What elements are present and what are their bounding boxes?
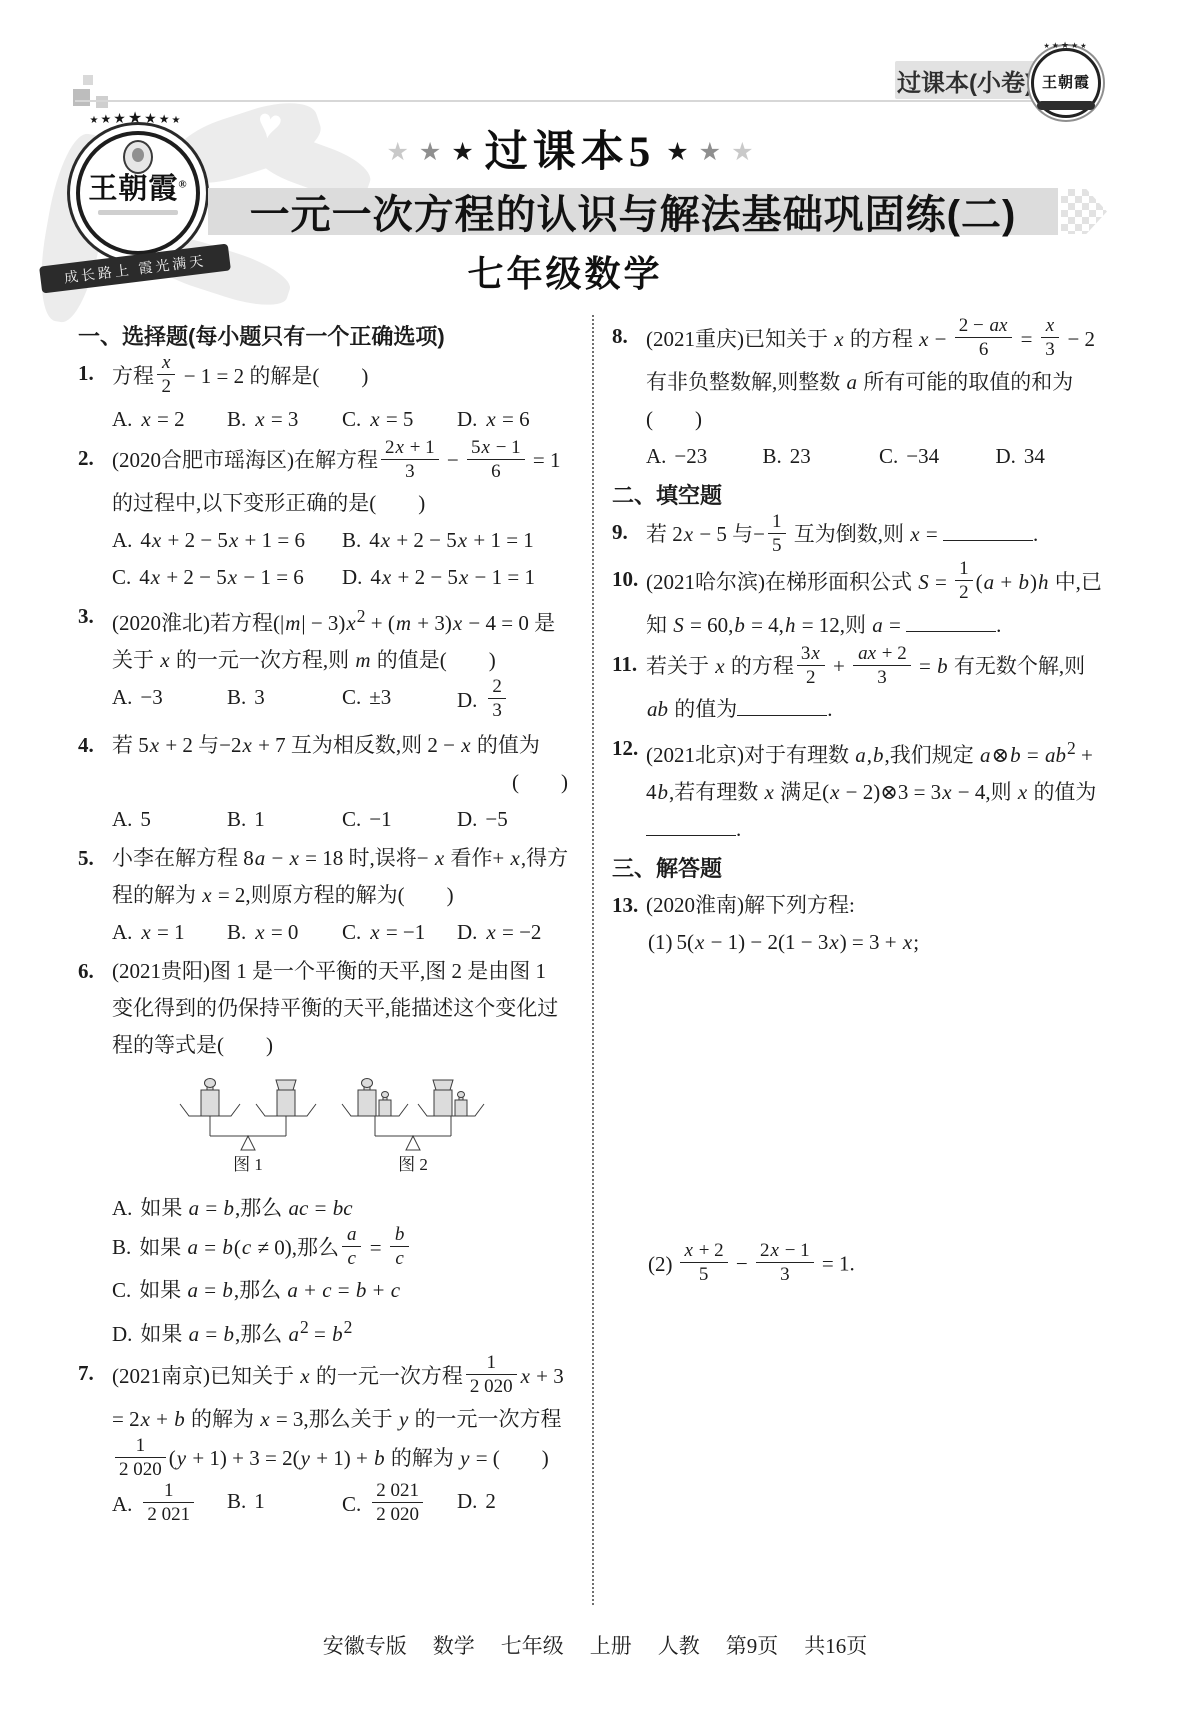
question-part-1: (1)5(x − 1) − 2(1 − 3x) = 3 + x; xyxy=(646,924,1112,961)
question-text: 若 5x + 2 与−2x + 7 互为相反数,则 2 − x 的值为 xyxy=(112,733,540,757)
question-text: (2021南京)已知关于 x 的一元一次方程12 020x + 3 = 2x +… xyxy=(112,1364,564,1471)
fraction: ac xyxy=(342,1224,362,1270)
options: A.12 021B.1C.2 0212 020D.2 xyxy=(112,1483,572,1529)
grade-subject-subtitle: 七年级数学 xyxy=(0,246,1130,297)
star-icons-right: ★★★ xyxy=(661,153,758,170)
fraction: 2x − 13 xyxy=(756,1240,814,1286)
section-heading: 三、解答题 xyxy=(612,850,1112,887)
lesson-title-line: ★★★过课本5★★★ xyxy=(0,118,1140,179)
star-icon: ★ xyxy=(451,139,473,166)
fraction: bc xyxy=(390,1224,410,1270)
footer-item: 共16页 xyxy=(804,1634,867,1658)
option-C: C.x = −1 xyxy=(342,914,457,951)
fraction: 15 xyxy=(768,511,786,557)
question-1: 1.方程x2 − 1 = 2 的解是( )A.x = 2B.x = 3C.x =… xyxy=(78,355,572,438)
option-A: A.4x + 2 − 5x + 1 = 6 xyxy=(112,522,342,559)
option-C: C.2 0212 020 xyxy=(342,1483,457,1529)
options: A.5B.1C.−1D.−5 xyxy=(112,801,572,838)
option-label: C. xyxy=(342,1492,361,1516)
options: A.x = 2B.x = 3C.x = 5D.x = 6 xyxy=(112,401,572,438)
option-C: C.−34 xyxy=(879,438,996,475)
option-label: B. xyxy=(227,685,246,709)
option-B: B.1 xyxy=(227,1483,342,1529)
question-text: (2020淮北)若方程(|m| − 3)x2 + (m + 3)x − 4 = … xyxy=(112,611,555,672)
options: A.如果 a = b,那么 ac = bcB.如果 a = b(c ≠ 0),那… xyxy=(112,1190,572,1354)
question-text: (2020合肥市瑶海区)在解方程2x + 13 − 5x − 16 = 1 的过… xyxy=(112,448,561,515)
question-number: 2. xyxy=(78,440,94,477)
question-2: 2.(2020合肥市瑶海区)在解方程2x + 13 − 5x − 16 = 1 … xyxy=(78,440,572,597)
answer-blank xyxy=(646,814,736,836)
footer-item: 第9页 xyxy=(726,1634,779,1658)
option-B: B.x = 0 xyxy=(227,914,342,951)
option-D: D.2 xyxy=(457,1483,572,1529)
fraction: 2 0212 020 xyxy=(372,1480,423,1526)
star-icon: ★ xyxy=(1071,41,1080,50)
fraction: 12 020 xyxy=(115,1435,166,1481)
star-icon: ★ xyxy=(1080,42,1088,50)
question-text: 方程x2 − 1 = 2 的解是( ) xyxy=(112,364,368,388)
question-number: 3. xyxy=(78,598,94,635)
question-number: 7. xyxy=(78,1355,94,1392)
option-A: A.−23 xyxy=(646,438,763,475)
fraction: 12 xyxy=(955,558,973,604)
question-13: 13.(2020淮南)解下列方程:(1)5(x − 1) − 2(1 − 3x)… xyxy=(612,887,1112,1289)
checkerboard-decoration xyxy=(1061,189,1107,234)
fraction: 2 − ax6 xyxy=(955,315,1013,361)
question-8: 8.(2021重庆)已知关于 x 的方程 x − 2 − ax6 = x3 − … xyxy=(612,318,1112,475)
question-number: 8. xyxy=(612,318,628,355)
option-label: C. xyxy=(112,1278,131,1302)
fraction: x3 xyxy=(1041,315,1059,361)
answer-blank xyxy=(906,610,996,632)
options: A.x = 1B.x = 0C.x = −1D.x = −2 xyxy=(112,914,572,951)
footer-item: 安徽专版 xyxy=(323,1634,407,1658)
option-B: B.4x + 2 − 5x + 1 = 1 xyxy=(342,522,572,559)
option-A: A.x = 1 xyxy=(112,914,227,951)
option-label: A. xyxy=(112,807,132,831)
footer-item: 七年级 xyxy=(501,1634,564,1658)
header-badge: 过课本(小卷) xyxy=(895,61,1035,99)
question-12: 12.(2021北京)对于有理数 a,b,我们规定 a⊗b = ab2 + 4b… xyxy=(612,730,1112,848)
svg-text:图 1: 图 1 xyxy=(233,1155,263,1174)
question-number: 13. xyxy=(612,887,638,924)
left-column: 一、选择题(每小题只有一个正确选项)1.方程x2 − 1 = 2 的解是( )A… xyxy=(78,318,572,1531)
option-label: D. xyxy=(342,565,362,589)
option-label: A. xyxy=(112,1492,132,1516)
option-D: D.如果 a = b,那么 a2 = b2 xyxy=(112,1309,572,1353)
option-B: B.如果 a = b(c ≠ 0),那么ac = bc xyxy=(112,1227,572,1273)
option-A: A.−3 xyxy=(112,679,227,725)
answer-blank xyxy=(943,519,1033,541)
option-label: B. xyxy=(227,807,246,831)
header-rule xyxy=(75,100,1037,102)
star-crown-icon: ★★★★★ xyxy=(1034,40,1098,51)
options: A.−3B.3C.±3D.23 xyxy=(112,679,572,725)
option-label: C. xyxy=(879,444,898,468)
option-label: D. xyxy=(112,1322,132,1346)
question-figure: 图 1图 2 xyxy=(170,1070,572,1188)
option-label: B. xyxy=(227,920,246,944)
star-icon: ★ xyxy=(386,139,408,166)
question-4: 4.若 5x + 2 与−2x + 7 互为相反数,则 2 − x 的值为( )… xyxy=(78,727,572,838)
option-D: D.−5 xyxy=(457,801,572,838)
page-footer: 安徽专版数学七年级上册人教第9页共16页 xyxy=(0,1630,1181,1660)
answer-blank xyxy=(737,694,827,716)
fraction: ax + 23 xyxy=(853,643,911,689)
option-C: C.±3 xyxy=(342,679,457,725)
question-9: 9.若 2x − 5 与−15 互为倒数,则 x = . xyxy=(612,514,1112,560)
option-label: D. xyxy=(457,1489,477,1513)
option-D: D.4x + 2 − 5x − 1 = 1 xyxy=(342,559,572,596)
column-divider xyxy=(592,315,594,1605)
fraction: 12 021 xyxy=(143,1480,194,1526)
question-text: (2021北京)对于有理数 a,b,我们规定 a⊗b = ab2 + 4b,若有… xyxy=(646,743,1096,841)
question-text: 若关于 x 的方程3x2 + ax + 23 = b 有无数个解,则 ab 的值… xyxy=(646,654,1085,721)
star-icon: ★ xyxy=(666,139,688,166)
option-D: D.x = −2 xyxy=(457,914,572,951)
balance-scales-figure: 图 1图 2 xyxy=(170,1070,490,1176)
question-number: 12. xyxy=(612,730,638,767)
option-D: D.x = 6 xyxy=(457,401,572,438)
question-number: 4. xyxy=(78,727,94,764)
question-3: 3.(2020淮北)若方程(|m| − 3)x2 + (m + 3)x − 4 … xyxy=(78,598,572,725)
option-C: C.x = 5 xyxy=(342,401,457,438)
star-icons-left: ★★★ xyxy=(381,153,478,170)
question-number: 11. xyxy=(612,646,637,683)
star-icon: ★ xyxy=(419,139,441,166)
question-number: 1. xyxy=(78,355,94,392)
question-text: (2020淮南)解下列方程: xyxy=(646,893,855,917)
option-B: B.23 xyxy=(763,438,880,475)
options: A.−23B.23C.−34D.34 xyxy=(646,438,1112,475)
fraction: x2 xyxy=(157,352,175,398)
option-label: A. xyxy=(112,407,132,431)
option-label: B. xyxy=(342,528,361,552)
option-D: D.34 xyxy=(996,438,1113,475)
fraction: 3x2 xyxy=(797,643,825,689)
question-text: (2021重庆)已知关于 x 的方程 x − 2 − ax6 = x3 − 2 … xyxy=(646,327,1095,431)
option-A: A.如果 a = b,那么 ac = bc xyxy=(112,1190,572,1227)
option-B: B.1 xyxy=(227,801,342,838)
footer-item: 人教 xyxy=(658,1634,700,1658)
logo-ribbon-band xyxy=(1037,101,1095,110)
answer-parentheses: ( ) xyxy=(112,764,572,801)
option-label: C. xyxy=(112,565,131,589)
fraction: 5x − 16 xyxy=(467,437,525,483)
brand-logo-small: ★★★★★ 王朝霞 xyxy=(1031,48,1101,118)
option-C: C.−1 xyxy=(342,801,457,838)
question-5: 5.小李在解方程 8a − x = 18 时,误将− x 看作+ x,得方程的解… xyxy=(78,840,572,951)
question-text: 小李在解方程 8a − x = 18 时,误将− x 看作+ x,得方程的解为 … xyxy=(112,846,568,907)
logo-small-text-bar xyxy=(98,210,178,215)
option-label: C. xyxy=(342,920,361,944)
option-label: A. xyxy=(112,920,132,944)
question-number: 10. xyxy=(612,561,638,598)
brand-name: 王朝霞 xyxy=(1034,71,1098,92)
option-label: A. xyxy=(112,528,132,552)
corner-square-decoration xyxy=(83,75,93,85)
option-label: A. xyxy=(112,1196,132,1220)
footer-item: 数学 xyxy=(433,1634,475,1658)
star-icon: ★ xyxy=(1061,40,1071,50)
option-label: B. xyxy=(227,1489,246,1513)
option-D: D.23 xyxy=(457,679,572,725)
question-7: 7.(2021南京)已知关于 x 的一元一次方程12 020x + 3 = 2x… xyxy=(78,1355,572,1529)
option-B: B.x = 3 xyxy=(227,401,342,438)
option-label: D. xyxy=(457,920,477,944)
star-icon: ★ xyxy=(731,139,753,166)
option-label: B. xyxy=(763,444,782,468)
option-label: D. xyxy=(457,807,477,831)
star-icon: ★ xyxy=(1052,41,1061,50)
option-A: A.5 xyxy=(112,801,227,838)
question-11: 11.若关于 x 的方程3x2 + ax + 23 = b 有无数个解,则 ab… xyxy=(612,646,1112,729)
option-A: A.x = 2 xyxy=(112,401,227,438)
option-label: B. xyxy=(227,407,246,431)
star-icon: ★ xyxy=(1044,42,1052,50)
question-number: 5. xyxy=(78,840,94,877)
question-number: 9. xyxy=(612,514,628,551)
option-label: C. xyxy=(342,407,361,431)
option-label: A. xyxy=(112,685,132,709)
section-heading: 一、选择题(每小题只有一个正确选项) xyxy=(78,318,572,355)
star-icon: ★ xyxy=(699,139,721,166)
footer-item: 上册 xyxy=(590,1634,632,1658)
part-label: (2) xyxy=(648,1252,673,1276)
option-label: D. xyxy=(457,688,477,712)
worksheet-page: 过课本(小卷) ★★★★★ 王朝霞 ♥ ★★★★★★★ 王朝霞® 成长路上 霞光… xyxy=(0,0,1181,1730)
option-label: A. xyxy=(646,444,666,468)
main-title-banner: 一元一次方程的认识与解法基础巩固练(二) xyxy=(208,188,1058,235)
question-6: 6.(2021贵阳)图 1 是一个平衡的天平,图 2 是由图 1 变化得到的仍保… xyxy=(78,953,572,1354)
question-part-2: (2)x + 25 − 2x − 13 = 1. xyxy=(646,1243,1112,1289)
option-label: C. xyxy=(342,685,361,709)
fraction: 2x + 13 xyxy=(381,437,439,483)
option-C: C.如果 a = b,那么 a + c = b + c xyxy=(112,1272,572,1309)
question-10: 10.(2021哈尔滨)在梯形面积公式 S = 12(a + b)h 中,已知 … xyxy=(612,561,1112,644)
question-text: (2021哈尔滨)在梯形面积公式 S = 12(a + b)h 中,已知 S =… xyxy=(646,570,1102,637)
option-label: D. xyxy=(996,444,1016,468)
right-column: 8.(2021重庆)已知关于 x 的方程 x − 2 − ax6 = x3 − … xyxy=(612,318,1112,1291)
part-label: (1) xyxy=(648,930,673,954)
fraction: 23 xyxy=(488,676,506,722)
question-text: 若 2x − 5 与−15 互为倒数,则 x = . xyxy=(646,522,1038,546)
options: A.4x + 2 − 5x + 1 = 6B.4x + 2 − 5x + 1 =… xyxy=(112,522,572,596)
question-number: 6. xyxy=(78,953,94,990)
option-label: D. xyxy=(457,407,477,431)
option-label: B. xyxy=(112,1235,131,1259)
fraction: x + 25 xyxy=(680,1240,728,1286)
option-A: A.12 021 xyxy=(112,1483,227,1529)
section-heading: 二、填空题 xyxy=(612,477,1112,514)
option-C: C.4x + 2 − 5x − 1 = 6 xyxy=(112,559,342,596)
fraction: 12 020 xyxy=(466,1352,517,1398)
option-label: C. xyxy=(342,807,361,831)
option-B: B.3 xyxy=(227,679,342,725)
question-text: (2021贵阳)图 1 是一个平衡的天平,图 2 是由图 1 变化得到的仍保持平… xyxy=(112,959,558,1057)
lesson-title: 过课本5 xyxy=(485,129,656,176)
svg-text:图 2: 图 2 xyxy=(398,1155,428,1174)
registered-mark: ® xyxy=(178,178,187,190)
